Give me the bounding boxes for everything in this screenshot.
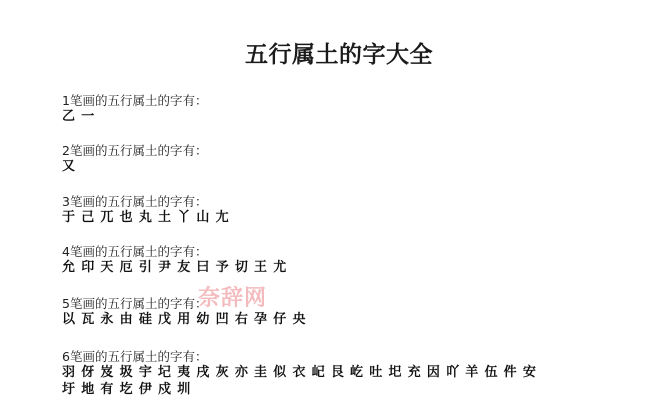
char: 羊 xyxy=(465,364,478,381)
section-label: 6笔画的五行属土的字有： xyxy=(62,349,542,364)
char: 圭 xyxy=(254,364,267,381)
char: 允 xyxy=(62,259,75,276)
char: 曰 xyxy=(196,259,209,276)
char-list: 乙一 xyxy=(62,108,207,125)
char: 于 xyxy=(62,209,75,226)
char: 尹 xyxy=(158,259,171,276)
char: 圪 xyxy=(120,381,133,398)
char: 山 xyxy=(196,209,209,226)
stroke-section-5: 5笔画的五行属土的字有： 以瓦永由硅戊用幼凹右孕仔央 xyxy=(62,296,312,328)
char: 岌 xyxy=(100,364,113,381)
char: 吐 xyxy=(369,364,382,381)
section-label: 4笔画的五行属土的字有： xyxy=(62,244,292,259)
char: 厄 xyxy=(120,259,133,276)
char: 也 xyxy=(120,209,133,226)
char: 右 xyxy=(235,311,248,328)
char: 凹 xyxy=(216,311,229,328)
char: 夷 xyxy=(177,364,190,381)
page-title: 五行属土的字大全 xyxy=(0,36,646,69)
stroke-section-2: 2笔画的五行属土的字有： 又 xyxy=(62,143,207,175)
char: 切 xyxy=(235,259,248,276)
char: 友 xyxy=(177,259,190,276)
char: 印 xyxy=(81,259,94,276)
char: 屺 xyxy=(312,364,325,381)
char: 安 xyxy=(523,364,536,381)
char: 充 xyxy=(408,364,421,381)
stroke-section-3: 3笔画的五行属土的字有： 于己兀也丸土丫山尢 xyxy=(62,194,235,226)
stroke-section-6: 6笔画的五行属土的字有： 羽伢岌圾宇圮夷戌灰亦圭似衣屺艮屹吐圯充因吖羊伍件安 圩… xyxy=(62,349,542,398)
char: 以 xyxy=(62,311,75,328)
char-list: 以瓦永由硅戊用幼凹右孕仔央 xyxy=(62,311,312,328)
char: 宇 xyxy=(139,364,152,381)
stroke-section-4: 4笔画的五行属土的字有： 允印天厄引尹友曰予切王尤 xyxy=(62,244,292,276)
char: 又 xyxy=(62,158,75,175)
char: 予 xyxy=(216,259,229,276)
char: 仔 xyxy=(273,311,286,328)
char: 有 xyxy=(100,381,113,398)
char-list: 允印天厄引尹友曰予切王尤 xyxy=(62,259,292,276)
char: 王 xyxy=(254,259,267,276)
char: 孕 xyxy=(254,311,267,328)
char: 戌 xyxy=(196,364,209,381)
char: 兀 xyxy=(100,209,113,226)
char: 件 xyxy=(504,364,517,381)
char: 土 xyxy=(158,209,171,226)
char: 伊 xyxy=(139,381,152,398)
char: 永 xyxy=(100,311,113,328)
char: 尤 xyxy=(273,259,286,276)
char: 乙 xyxy=(62,108,75,125)
char: 天 xyxy=(100,259,113,276)
char: 幼 xyxy=(196,311,209,328)
char: 似 xyxy=(273,364,286,381)
char: 圯 xyxy=(388,364,401,381)
char-list: 于己兀也丸土丫山尢 xyxy=(62,209,235,226)
char: 戍 xyxy=(158,381,171,398)
char: 圳 xyxy=(177,381,190,398)
char-list: 又 xyxy=(62,158,207,175)
section-label: 2笔画的五行属土的字有： xyxy=(62,143,207,158)
char: 瓦 xyxy=(81,311,94,328)
char: 吖 xyxy=(446,364,459,381)
char-list-continued: 圩地有圪伊戍圳 xyxy=(62,381,542,398)
char: 用 xyxy=(177,311,190,328)
char: 艮 xyxy=(331,364,344,381)
char: 因 xyxy=(427,364,440,381)
char: 由 xyxy=(120,311,133,328)
char: 己 xyxy=(81,209,94,226)
char: 一 xyxy=(81,108,94,125)
char: 羽 xyxy=(62,364,75,381)
char: 圩 xyxy=(62,381,75,398)
section-label: 3笔画的五行属土的字有： xyxy=(62,194,235,209)
char: 引 xyxy=(139,259,152,276)
char-list: 羽伢岌圾宇圮夷戌灰亦圭似衣屺艮屹吐圯充因吖羊伍件安 xyxy=(62,364,542,381)
char: 伢 xyxy=(81,364,94,381)
char: 亦 xyxy=(235,364,248,381)
char: 圮 xyxy=(158,364,171,381)
char: 戊 xyxy=(158,311,171,328)
char: 尢 xyxy=(216,209,229,226)
char: 地 xyxy=(81,381,94,398)
char: 灰 xyxy=(216,364,229,381)
char: 硅 xyxy=(139,311,152,328)
char: 丫 xyxy=(177,209,190,226)
char: 屹 xyxy=(350,364,363,381)
document-page: 五行属土的字大全 1笔画的五行属土的字有： 乙一 2笔画的五行属土的字有： 又 … xyxy=(0,0,646,403)
section-label: 5笔画的五行属土的字有： xyxy=(62,296,312,311)
char: 伍 xyxy=(484,364,497,381)
section-label: 1笔画的五行属土的字有： xyxy=(62,93,207,108)
char: 央 xyxy=(292,311,305,328)
char: 丸 xyxy=(139,209,152,226)
stroke-section-1: 1笔画的五行属土的字有： 乙一 xyxy=(62,93,207,125)
char: 衣 xyxy=(292,364,305,381)
char: 圾 xyxy=(120,364,133,381)
